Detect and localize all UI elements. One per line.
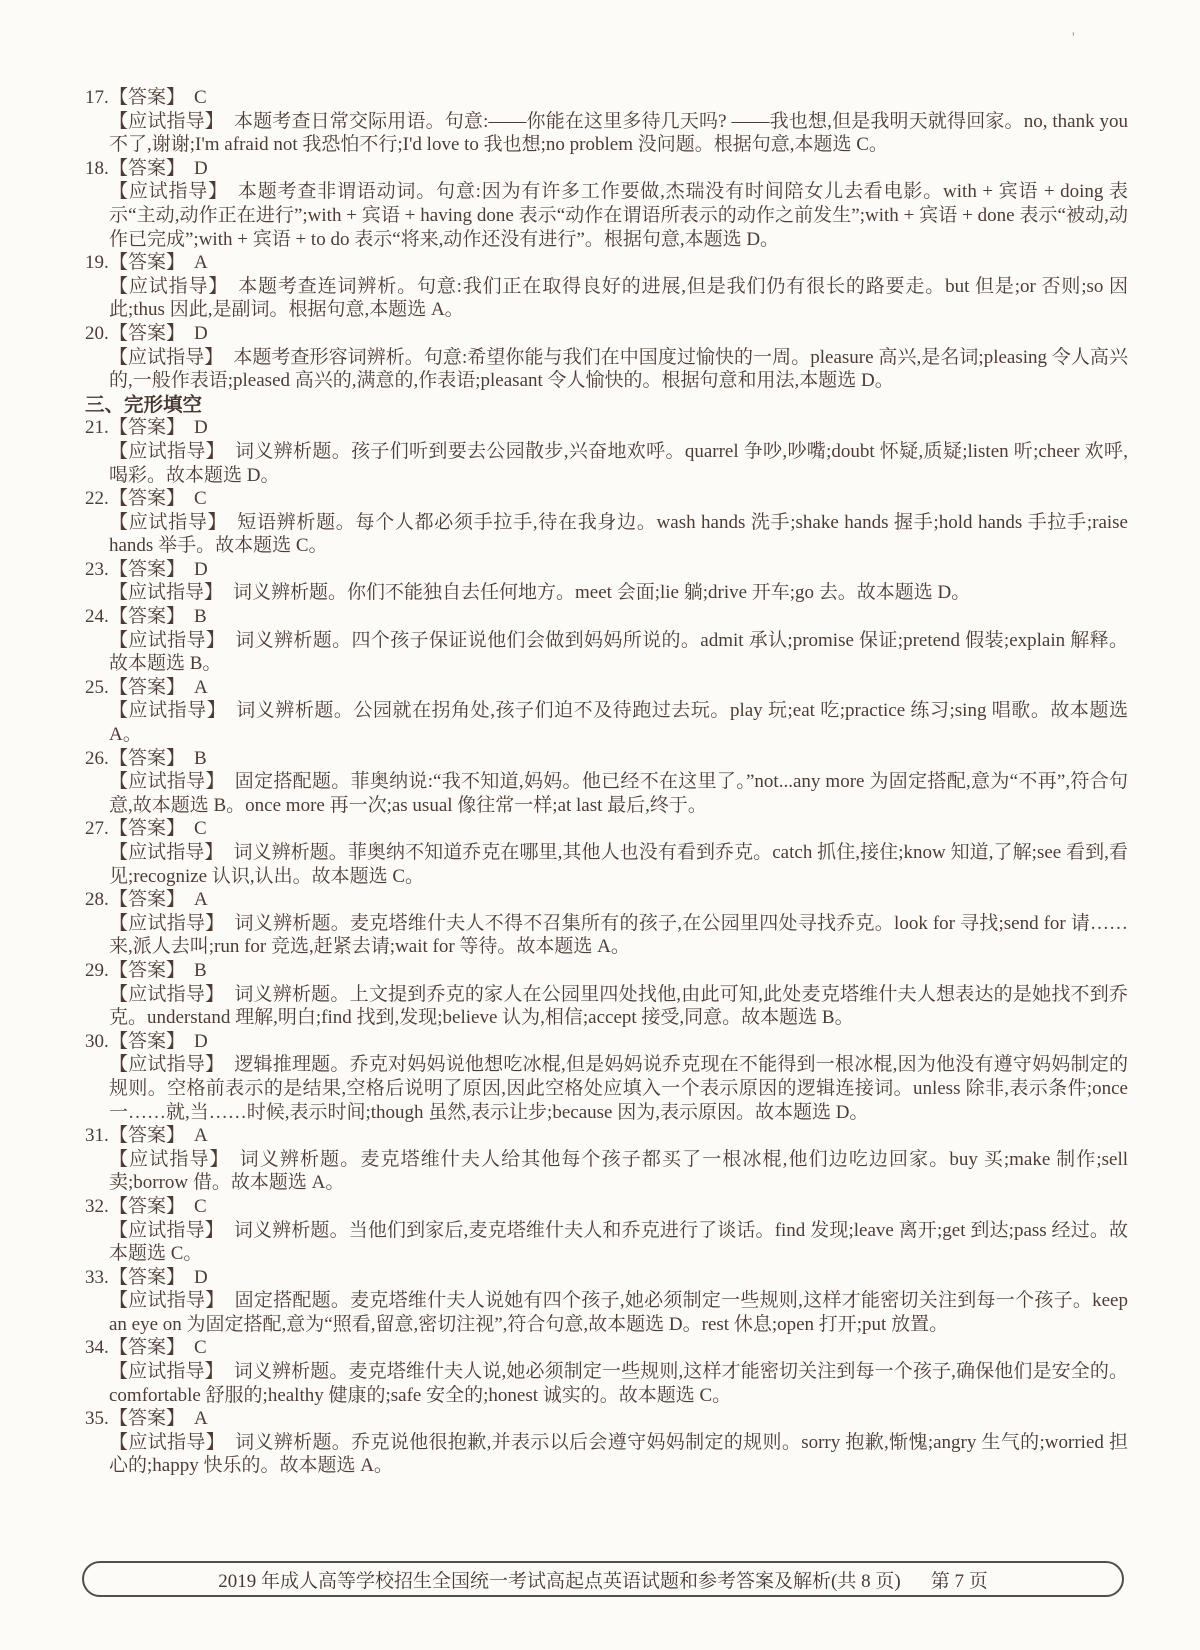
- section-header-cloze: 三、完形填空: [85, 393, 1128, 417]
- answer-value: C: [194, 488, 207, 509]
- answer-line: 【答案】C: [109, 1336, 1128, 1360]
- item-number: 19.: [85, 251, 109, 275]
- guide-label: 【应试指导】: [109, 276, 228, 297]
- guide-paragraph: 【应试指导】词义辨析题。当他们到家后,麦克塔维什夫人和乔克进行了谈话。find …: [109, 1219, 1128, 1266]
- answer-value: B: [194, 960, 207, 981]
- answer-label: 【答案】: [109, 1125, 185, 1146]
- item-number: 18.: [85, 157, 109, 181]
- guide-text: 词义辨析题。菲奥纳不知道乔克在哪里,其他人也没有看到乔克。catch 抓住,接住…: [109, 842, 1128, 887]
- guide-text: 词义辨析题。乔克说他很抱歉,并表示以后会遵守妈妈制定的规则。sorry 抱歉,惭…: [109, 1432, 1128, 1477]
- answer-line: 【答案】D: [109, 322, 1128, 346]
- answer-value: A: [194, 677, 208, 698]
- answer-label: 【答案】: [109, 606, 185, 627]
- guide-label: 【应试指导】: [109, 347, 223, 368]
- answer-item-33: 33. 【答案】D 【应试指导】固定搭配题。麦克塔维什夫人说她有四个孩子,她必须…: [85, 1266, 1128, 1337]
- item-number: 17.: [85, 86, 109, 110]
- answer-label: 【答案】: [109, 889, 185, 910]
- answer-line: 【答案】A: [109, 888, 1128, 912]
- answer-value: A: [194, 252, 208, 273]
- item-number: 22.: [85, 487, 109, 511]
- guide-text: 固定搭配题。麦克塔维什夫人说她有四个孩子,她必须制定一些规则,这样才能密切关注到…: [109, 1290, 1128, 1335]
- guide-paragraph: 【应试指导】本题考查日常交际用语。句意:——你能在这里多待几天吗? ——我也想,…: [109, 110, 1128, 157]
- answer-label: 【答案】: [109, 323, 185, 344]
- answer-line: 【答案】B: [109, 605, 1128, 629]
- answer-line: 【答案】D: [109, 1266, 1128, 1290]
- answer-label: 【答案】: [109, 87, 185, 108]
- answer-label: 【答案】: [109, 252, 185, 273]
- answer-item-22: 22. 【答案】C 【应试指导】短语辨析题。每个人都必须手拉手,待在我身边。wa…: [85, 487, 1128, 558]
- answer-label: 【答案】: [109, 1267, 185, 1288]
- guide-text: 本题考查连词辨析。句意:我们正在取得良好的进展,但是我们仍有很长的路要走。but…: [109, 276, 1128, 321]
- scan-artifact-mark: ': [1072, 30, 1075, 47]
- item-number: 30.: [85, 1030, 109, 1054]
- guide-text: 短语辨析题。每个人都必须手拉手,待在我身边。wash hands 洗手;shak…: [109, 512, 1128, 557]
- answer-line: 【答案】C: [109, 86, 1128, 110]
- answer-label: 【答案】: [109, 417, 185, 438]
- answer-label: 【答案】: [109, 1408, 185, 1429]
- item-number: 32.: [85, 1195, 109, 1219]
- answer-label: 【答案】: [109, 1196, 185, 1217]
- guide-label: 【应试指导】: [109, 582, 223, 603]
- guide-text: 逻辑推理题。乔克对妈妈说他想吃冰棍,但是妈妈说乔克现在不能得到一根冰棍,因为他没…: [109, 1054, 1128, 1122]
- guide-text: 本题考查日常交际用语。句意:——你能在这里多待几天吗? ——我也想,但是我明天就…: [109, 111, 1128, 156]
- answer-key-content: 17. 【答案】C 【应试指导】本题考查日常交际用语。句意:——你能在这里多待几…: [85, 86, 1128, 1478]
- guide-paragraph: 【应试指导】词义辨析题。菲奥纳不知道乔克在哪里,其他人也没有看到乔克。catch…: [109, 841, 1128, 888]
- item-number: 20.: [85, 322, 109, 346]
- guide-label: 【应试指导】: [109, 1290, 225, 1311]
- answer-value: B: [194, 748, 207, 769]
- answer-label: 【答案】: [109, 559, 185, 580]
- guide-paragraph: 【应试指导】短语辨析题。每个人都必须手拉手,待在我身边。wash hands 洗…: [109, 511, 1128, 558]
- answer-line: 【答案】C: [109, 817, 1128, 841]
- answer-item-20: 20. 【答案】D 【应试指导】本题考查形容词辨析。句意:希望你能与我们在中国度…: [85, 322, 1128, 393]
- guide-label: 【应试指导】: [109, 1432, 225, 1453]
- guide-label: 【应试指导】: [109, 111, 224, 132]
- answer-label: 【答案】: [109, 818, 185, 839]
- answer-item-35: 35. 【答案】A 【应试指导】词义辨析题。乔克说他很抱歉,并表示以后会遵守妈妈…: [85, 1407, 1128, 1478]
- item-number: 24.: [85, 605, 109, 629]
- guide-paragraph: 【应试指导】词义辨析题。孩子们听到要去公园散步,兴奋地欢呼。quarrel 争吵…: [109, 440, 1128, 487]
- guide-text: 词义辨析题。当他们到家后,麦克塔维什夫人和乔克进行了谈话。find 发现;lea…: [109, 1220, 1128, 1265]
- answer-label: 【答案】: [109, 158, 185, 179]
- item-number: 35.: [85, 1407, 109, 1431]
- answer-label: 【答案】: [109, 960, 185, 981]
- answer-value: D: [194, 158, 208, 179]
- answer-item-30: 30. 【答案】D 【应试指导】逻辑推理题。乔克对妈妈说他想吃冰棍,但是妈妈说乔…: [85, 1030, 1128, 1124]
- answer-item-34: 34. 【答案】C 【应试指导】词义辨析题。麦克塔维什夫人说,她必须制定一些规则…: [85, 1336, 1128, 1407]
- answer-value: D: [194, 559, 208, 580]
- footer-page-number: 第 7 页: [931, 1566, 988, 1593]
- answer-item-21: 21. 【答案】D 【应试指导】词义辨析题。孩子们听到要去公园散步,兴奋地欢呼。…: [85, 416, 1128, 487]
- guide-label: 【应试指导】: [109, 842, 223, 863]
- guide-paragraph: 【应试指导】固定搭配题。麦克塔维什夫人说她有四个孩子,她必须制定一些规则,这样才…: [109, 1289, 1128, 1336]
- guide-label: 【应试指导】: [109, 1054, 224, 1075]
- answer-item-31: 31. 【答案】A 【应试指导】词义辨析题。麦克塔维什夫人给其他每个孩子都买了一…: [85, 1124, 1128, 1195]
- answer-label: 【答案】: [109, 748, 185, 769]
- answer-line: 【答案】D: [109, 558, 1128, 582]
- scanned-document-page: ' 17. 【答案】C 【应试指导】本题考查日常交际用语。句意:——你能在这里多…: [0, 0, 1200, 1650]
- guide-text: 词义辨析题。你们不能独自去任何地方。meet 会面;lie 躺;drive 开车…: [233, 582, 970, 603]
- guide-paragraph: 【应试指导】本题考查形容词辨析。句意:希望你能与我们在中国度过愉快的一周。ple…: [109, 346, 1128, 393]
- answer-value: D: [194, 1267, 208, 1288]
- guide-text: 词义辨析题。麦克塔维什夫人给其他每个孩子都买了一根冰棍,他们边吃边回家。buy …: [109, 1149, 1128, 1194]
- guide-text: 词义辨析题。四个孩子保证说他们会做到妈妈所说的。admit 承认;promise…: [109, 630, 1128, 675]
- answer-line: 【答案】D: [109, 157, 1128, 181]
- answer-label: 【答案】: [109, 677, 185, 698]
- answer-value: B: [194, 606, 207, 627]
- answer-line: 【答案】B: [109, 747, 1128, 771]
- item-number: 27.: [85, 817, 109, 841]
- answer-line: 【答案】D: [109, 1030, 1128, 1054]
- guide-text: 词义辨析题。孩子们听到要去公园散步,兴奋地欢呼。quarrel 争吵,吵嘴;do…: [109, 441, 1128, 486]
- answer-line: 【答案】B: [109, 959, 1128, 983]
- guide-label: 【应试指导】: [109, 700, 226, 721]
- answer-item-25: 25. 【答案】A 【应试指导】词义辨析题。公园就在拐角处,孩子们迫不及待跑过去…: [85, 676, 1128, 747]
- answer-item-28: 28. 【答案】A 【应试指导】词义辨析题。麦克塔维什夫人不得不召集所有的孩子,…: [85, 888, 1128, 959]
- item-number: 21.: [85, 416, 109, 440]
- guide-text: 词义辨析题。上文提到乔克的家人在公园里四处找他,由此可知,此处麦克塔维什夫人想表…: [109, 984, 1128, 1029]
- answer-label: 【答案】: [109, 1337, 185, 1358]
- answer-value: C: [194, 1196, 207, 1217]
- item-number: 29.: [85, 959, 109, 983]
- guide-text: 本题考查形容词辨析。句意:希望你能与我们在中国度过愉快的一周。pleasure …: [109, 347, 1128, 392]
- answer-line: 【答案】C: [109, 1195, 1128, 1219]
- answer-line: 【答案】A: [109, 251, 1128, 275]
- guide-paragraph: 【应试指导】词义辨析题。你们不能独自去任何地方。meet 会面;lie 躺;dr…: [109, 581, 1128, 605]
- answer-item-24: 24. 【答案】B 【应试指导】词义辨析题。四个孩子保证说他们会做到妈妈所说的。…: [85, 605, 1128, 676]
- guide-text: 固定搭配题。菲奥纳说:“我不知道,妈妈。他已经不在这里了。”not...any …: [109, 771, 1128, 816]
- answer-line: 【答案】A: [109, 1124, 1128, 1148]
- guide-paragraph: 【应试指导】词义辨析题。麦克塔维什夫人给其他每个孩子都买了一根冰棍,他们边吃边回…: [109, 1148, 1128, 1195]
- item-number: 33.: [85, 1266, 109, 1290]
- guide-paragraph: 【应试指导】词义辨析题。四个孩子保证说他们会做到妈妈所说的。admit 承认;p…: [109, 629, 1128, 676]
- item-number: 28.: [85, 888, 109, 912]
- guide-label: 【应试指导】: [109, 1220, 224, 1241]
- answer-item-26: 26. 【答案】B 【应试指导】固定搭配题。菲奥纳说:“我不知道,妈妈。他已经不…: [85, 747, 1128, 818]
- answer-value: D: [194, 1031, 208, 1052]
- answer-item-29: 29. 【答案】B 【应试指导】词义辨析题。上文提到乔克的家人在公园里四处找他,…: [85, 959, 1128, 1030]
- answer-item-18: 18. 【答案】D 【应试指导】本题考查非谓语动词。句意:因为有许多工作要做,杰…: [85, 157, 1128, 251]
- page-footer: 2019 年成人高等学校招生全国统一考试高起点英语试题和参考答案及解析(共 8 …: [82, 1561, 1124, 1597]
- answer-line: 【答案】A: [109, 1407, 1128, 1431]
- answer-value: C: [194, 87, 207, 108]
- answer-line: 【答案】C: [109, 487, 1128, 511]
- answer-line: 【答案】D: [109, 416, 1128, 440]
- item-number: 26.: [85, 747, 109, 771]
- guide-paragraph: 【应试指导】本题考查非谓语动词。句意:因为有许多工作要做,杰瑞没有时间陪女儿去看…: [109, 180, 1128, 251]
- guide-label: 【应试指导】: [109, 630, 225, 651]
- guide-label: 【应试指导】: [109, 771, 225, 792]
- answer-label: 【答案】: [109, 488, 185, 509]
- guide-paragraph: 【应试指导】固定搭配题。菲奥纳说:“我不知道,妈妈。他已经不在这里了。”not.…: [109, 770, 1128, 817]
- answer-value: C: [194, 1337, 207, 1358]
- answer-item-27: 27. 【答案】C 【应试指导】词义辨析题。菲奥纳不知道乔克在哪里,其他人也没有…: [85, 817, 1128, 888]
- guide-label: 【应试指导】: [109, 1149, 230, 1170]
- guide-paragraph: 【应试指导】词义辨析题。麦克塔维什夫人不得不召集所有的孩子,在公园里四处寻找乔克…: [109, 912, 1128, 959]
- answer-item-17: 17. 【答案】C 【应试指导】本题考查日常交际用语。句意:——你能在这里多待几…: [85, 86, 1128, 157]
- guide-paragraph: 【应试指导】词义辨析题。麦克塔维什夫人说,她必须制定一些规则,这样才能密切关注到…: [109, 1360, 1128, 1407]
- answer-item-32: 32. 【答案】C 【应试指导】词义辨析题。当他们到家后,麦克塔维什夫人和乔克进…: [85, 1195, 1128, 1266]
- answer-value: C: [194, 818, 207, 839]
- guide-paragraph: 【应试指导】逻辑推理题。乔克对妈妈说他想吃冰棍,但是妈妈说乔克现在不能得到一根冰…: [109, 1053, 1128, 1124]
- guide-text: 词义辨析题。麦克塔维什夫人说,她必须制定一些规则,这样才能密切关注到每一个孩子,…: [109, 1361, 1128, 1406]
- guide-label: 【应试指导】: [109, 512, 227, 533]
- guide-label: 【应试指导】: [109, 441, 225, 462]
- answer-line: 【答案】A: [109, 676, 1128, 700]
- footer-title: 2019 年成人高等学校招生全国统一考试高起点英语试题和参考答案及解析(共 8 …: [218, 1566, 900, 1593]
- guide-label: 【应试指导】: [109, 913, 225, 934]
- answer-value: A: [194, 1125, 208, 1146]
- guide-paragraph: 【应试指导】词义辨析题。乔克说他很抱歉,并表示以后会遵守妈妈制定的规则。sorr…: [109, 1431, 1128, 1478]
- guide-text: 词义辨析题。公园就在拐角处,孩子们迫不及待跑过去玩。play 玩;eat 吃;p…: [109, 700, 1128, 745]
- item-number: 34.: [85, 1336, 109, 1360]
- guide-label: 【应试指导】: [109, 181, 228, 202]
- item-number: 23.: [85, 558, 109, 582]
- guide-paragraph: 【应试指导】词义辨析题。公园就在拐角处,孩子们迫不及待跑过去玩。play 玩;e…: [109, 699, 1128, 746]
- answer-value: A: [194, 1408, 208, 1429]
- answer-item-23: 23. 【答案】D 【应试指导】词义辨析题。你们不能独自去任何地方。meet 会…: [85, 558, 1128, 605]
- answer-label: 【答案】: [109, 1031, 185, 1052]
- answer-item-19: 19. 【答案】A 【应试指导】本题考查连词辨析。句意:我们正在取得良好的进展,…: [85, 251, 1128, 322]
- answer-value: D: [194, 417, 208, 438]
- guide-paragraph: 【应试指导】本题考查连词辨析。句意:我们正在取得良好的进展,但是我们仍有很长的路…: [109, 275, 1128, 322]
- guide-text: 本题考查非谓语动词。句意:因为有许多工作要做,杰瑞没有时间陪女儿去看电影。wit…: [109, 181, 1128, 249]
- answer-value: D: [194, 323, 208, 344]
- item-number: 31.: [85, 1124, 109, 1148]
- guide-label: 【应试指导】: [109, 1361, 224, 1382]
- guide-label: 【应试指导】: [109, 984, 224, 1005]
- item-number: 25.: [85, 676, 109, 700]
- guide-paragraph: 【应试指导】词义辨析题。上文提到乔克的家人在公园里四处找他,由此可知,此处麦克塔…: [109, 983, 1128, 1030]
- answer-value: A: [194, 889, 208, 910]
- guide-text: 词义辨析题。麦克塔维什夫人不得不召集所有的孩子,在公园里四处寻找乔克。look …: [109, 913, 1128, 958]
